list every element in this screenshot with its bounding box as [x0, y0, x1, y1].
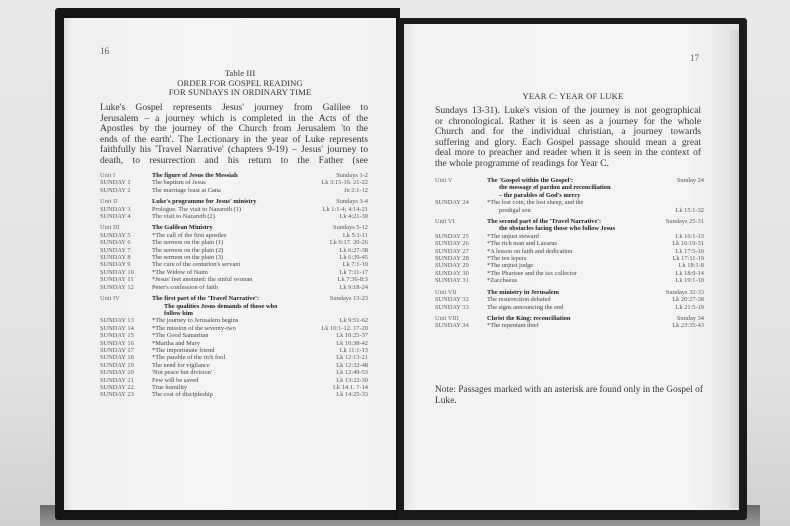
table-row: SUNDAY 23The cost of discipleshipLk 14:2…	[100, 391, 368, 398]
sunday-label: SUNDAY 33	[435, 304, 487, 311]
table-row: SUNDAY 9The cure of the centurion's serv…	[100, 261, 368, 268]
reading-title: The baptism of Jesus	[152, 179, 296, 186]
sunday-label: SUNDAY 34	[435, 322, 487, 329]
page-number-right: 17	[690, 53, 699, 63]
sunday-label: SUNDAY 8	[100, 254, 152, 261]
unit-header: Unit VThe 'Gospel within the Gospel':Sun…	[435, 177, 704, 184]
scripture-ref: Lk 5:1-11	[296, 232, 368, 239]
sunday-label: SUNDAY 31	[435, 277, 487, 284]
scripture-ref: Lk 13:22-30	[296, 377, 368, 384]
table-row: SUNDAY 13*The journey to Jerusalem begin…	[100, 317, 368, 324]
unit-block: Unit IThe figure of Jesus the MessiahSun…	[100, 172, 368, 194]
table-row: SUNDAY 15*The Good SamaritanLk 10:25-37	[100, 332, 368, 339]
scripture-ref: Lk 9:51-62	[296, 317, 368, 324]
unit-block: Unit VIIIChrist the King: reconciliation…	[435, 315, 704, 330]
table-row: SUNDAY 21Few will be savedLk 13:22-30	[100, 377, 368, 384]
unit-number: Unit VI	[435, 218, 487, 225]
reading-title: *The mission of the seventy-two	[152, 325, 296, 332]
unit-block: Unit IVThe first part of the 'Travel Nar…	[100, 295, 368, 399]
intro-paragraph-left: Luke's Gospel represents Jesus' journey …	[100, 103, 368, 167]
unit-number: Unit III	[100, 224, 152, 231]
reading-title: The signs announcing the end	[487, 304, 634, 311]
reading-title: *The ten lepers	[487, 255, 634, 262]
sunday-label: SUNDAY 7	[100, 247, 152, 254]
sunday-label: SUNDAY 16	[100, 340, 152, 347]
unit-title: Christ the King: reconciliation	[487, 315, 634, 322]
table-row-cont: prodigal sonLk 15:1-32	[435, 207, 704, 214]
unit-subtitle: The qualities Jesus demands of those who	[152, 303, 296, 310]
sunday-label: SUNDAY 22	[100, 384, 152, 391]
unit-number: Unit V	[435, 177, 487, 184]
reading-title: *The repentant thief	[487, 322, 634, 329]
sunday-label: SUNDAY 10	[100, 269, 152, 276]
unit-subtitle: follow him	[152, 310, 296, 317]
intro-line: Sundays 13-31). Luke's vision of the jou…	[435, 106, 701, 117]
sunday-label: SUNDAY 1	[100, 179, 152, 186]
table-row: SUNDAY 25*The unjust stewardLk 16:1-13	[435, 233, 704, 240]
reading-title: The cure of the centurion's servant	[152, 261, 296, 268]
unit-title: Luke's programme for Jesus' ministry	[152, 198, 296, 205]
unit-range: Sundays 3-4	[296, 198, 368, 205]
scripture-ref: Lk 12:49-53	[296, 369, 368, 376]
sunday-label: SUNDAY 9	[100, 261, 152, 268]
unit-number: Unit I	[100, 172, 152, 179]
scripture-ref: Lk 23:35-43	[634, 322, 704, 329]
table-row: SUNDAY 16*Martha and MaryLk 10:38-42	[100, 340, 368, 347]
reading-title: *Martha and Mary	[152, 340, 296, 347]
sunday-label: SUNDAY 4	[100, 213, 152, 220]
unit-header: Unit VIIIChrist the King: reconciliation…	[435, 315, 704, 322]
reading-title: 'Not peace but division'	[152, 369, 296, 376]
table-row: SUNDAY 6The sermon on the plain (1)Lk 6:…	[100, 239, 368, 246]
sunday-label: SUNDAY 20	[100, 369, 152, 376]
table-row: SUNDAY 22True humilityLk 14:1. 7-14	[100, 384, 368, 391]
reading-title: *Zacchaeus	[487, 277, 634, 284]
unit-header: Unit IVThe first part of the 'Travel Nar…	[100, 295, 368, 302]
reading-title: Prologue. The visit to Nazareth (1)	[152, 206, 296, 213]
scripture-ref: Lk 3:15-16. 21-22	[296, 179, 368, 186]
scripture-ref: Lk 6:27-38	[296, 247, 368, 254]
scripture-ref: Lk 12:13-21	[296, 354, 368, 361]
sunday-label: SUNDAY 19	[100, 362, 152, 369]
unit-block: Unit VIIThe ministry in JerusalemSundays…	[435, 289, 704, 311]
unit-block: Unit IIIThe Galilean MinistrySundays 5-1…	[100, 224, 368, 291]
sunday-label: SUNDAY 15	[100, 332, 152, 339]
reading-title: Few will be saved	[152, 377, 296, 384]
unit-block: Unit IILuke's programme for Jesus' minis…	[100, 198, 368, 220]
table-row: SUNDAY 14*The mission of the seventy-two…	[100, 325, 368, 332]
unit-range: Sundays 25-31	[634, 218, 704, 225]
reading-title: *The lost coin, the lost sheep, and the	[487, 199, 634, 206]
scripture-ref: Lk 6:39-45	[296, 254, 368, 261]
page-edges	[729, 30, 739, 508]
scripture-ref: Lk 7:36-8:3	[296, 276, 368, 283]
table-title-block: Table III ORDER FOR GOSPEL READING FOR S…	[90, 69, 390, 98]
sunday-label: SUNDAY 24	[435, 199, 487, 206]
unit-subtitle-row: the message of pardon and reconciliation	[435, 184, 704, 191]
reading-title-cont: prodigal son	[487, 207, 634, 214]
unit-range: Sunday 24	[634, 177, 704, 184]
page-number-left: 16	[100, 46, 109, 56]
scripture-ref: Lk 19:1-10	[634, 277, 704, 284]
scripture-ref: Lk 7:1-10	[296, 261, 368, 268]
unit-title: The Galilean Ministry	[152, 224, 296, 231]
sunday-label: SUNDAY 13	[100, 317, 152, 324]
scripture-ref: Lk 6:17. 20-26	[296, 239, 368, 246]
sunday-label: SUNDAY 30	[435, 270, 487, 277]
reading-title: The need for vigilance	[152, 362, 296, 369]
unit-subtitle: the obstacles facing those who follow Je…	[487, 225, 634, 232]
scripture-ref: Lk 18:9-14	[634, 270, 704, 277]
table-row: SUNDAY 29*The unjust judgeLk 18:1-8	[435, 262, 704, 269]
sunday-label: SUNDAY 27	[435, 248, 487, 255]
table-row: SUNDAY 4The visit to Nazareth (2)Lk 4:21…	[100, 213, 368, 220]
scripture-ref: Lk 16:19-31	[634, 240, 704, 247]
unit-title: The second part of the 'Travel Narrative…	[487, 218, 634, 225]
unit-title: The figure of Jesus the Messiah	[152, 172, 296, 179]
intro-line: the whole programme of readings for Year…	[435, 159, 701, 170]
sunday-label: SUNDAY 11	[100, 276, 152, 283]
unit-subtitle: – the parables of God's mercy	[487, 192, 634, 199]
reading-title: The marriage feast at Cana	[152, 187, 296, 194]
sunday-label: SUNDAY 18	[100, 354, 152, 361]
reading-title: *The rich man and Lazarus	[487, 240, 634, 247]
unit-header: Unit IThe figure of Jesus the MessiahSun…	[100, 172, 368, 179]
unit-header: Unit IIIThe Galilean MinistrySundays 5-1…	[100, 224, 368, 231]
reading-title: *The unjust judge	[487, 262, 634, 269]
reading-title: The visit to Nazareth (2)	[152, 213, 296, 220]
table-row: SUNDAY 20'Not peace but division'Lk 12:4…	[100, 369, 368, 376]
table-row: SUNDAY 32The resurrection debatedLk 20:2…	[435, 296, 704, 303]
unit-number: Unit II	[100, 198, 152, 205]
unit-header: Unit IILuke's programme for Jesus' minis…	[100, 198, 368, 205]
table-row: SUNDAY 33The signs announcing the endLk …	[435, 304, 704, 311]
table-row: SUNDAY 24*The lost coin, the lost sheep,…	[435, 199, 704, 206]
unit-subtitle-row: the obstacles facing those who follow Je…	[435, 225, 704, 232]
table-row: SUNDAY 18*The parable of the rich foolLk…	[100, 354, 368, 361]
scripture-ref: Lk 18:1-8	[634, 262, 704, 269]
intro-line: death, to resurrection and his return to…	[100, 156, 368, 167]
sunday-label: SUNDAY 12	[100, 284, 152, 291]
table-row: SUNDAY 5*The call of the first apostlesL…	[100, 232, 368, 239]
reading-title: The sermon on the plain (2)	[152, 247, 296, 254]
sunday-label: SUNDAY 21	[100, 377, 152, 384]
scripture-ref: Lk 14:1. 7-14	[296, 384, 368, 391]
sunday-label: SUNDAY 28	[435, 255, 487, 262]
reading-title: *The Good Samaritan	[152, 332, 296, 339]
scripture-ref: Lk 1:1-4; 4:14-21	[296, 206, 368, 213]
table-row: SUNDAY 2The marriage feast at CanaJn 2:1…	[100, 187, 368, 194]
unit-block: Unit VThe 'Gospel within the Gospel':Sun…	[435, 177, 704, 214]
scripture-ref: Lk 15:1-32	[634, 207, 704, 214]
reading-title: *The Pharisee and the tax collector	[487, 270, 634, 277]
table-row: SUNDAY 12Peter's confession of faithLk 9…	[100, 284, 368, 291]
table-row: SUNDAY 17*The importunate friendLk 11:1-…	[100, 347, 368, 354]
section-title: YEAR C: YEAR OF LUKE	[425, 91, 721, 101]
table-row: SUNDAY 11*Jesus' feet anointed: the sinf…	[100, 276, 368, 283]
scripture-ref: Lk 14:25-33	[296, 391, 368, 398]
reading-title: The sermon on the plain (1)	[152, 239, 296, 246]
scripture-ref: Lk 10:25-37	[296, 332, 368, 339]
reading-table-left: Unit IThe figure of Jesus the MessiahSun…	[100, 172, 368, 403]
reading-title: The sermon on the plain (3)	[152, 254, 296, 261]
sunday-label: SUNDAY 23	[100, 391, 152, 398]
sunday-label: SUNDAY 6	[100, 239, 152, 246]
unit-title: The first part of the 'Travel Narrative'…	[152, 295, 296, 302]
scripture-ref: Lk 4:21-30	[296, 213, 368, 220]
reading-title: *The journey to Jerusalem begins	[152, 317, 296, 324]
unit-range: Sundays 13-23	[296, 295, 368, 302]
unit-range: Sunday 34	[634, 315, 704, 322]
unit-header: Unit VIIThe ministry in JerusalemSundays…	[435, 289, 704, 296]
reading-title: Peter's confession of faith	[152, 284, 296, 291]
scripture-ref: Lk 10:1-12. 17-20	[296, 325, 368, 332]
sunday-label: SUNDAY 25	[435, 233, 487, 240]
reading-title: *The importunate friend	[152, 347, 296, 354]
unit-number: Unit VIII	[435, 315, 487, 322]
unit-subtitle-row: – the parables of God's mercy	[435, 192, 704, 199]
sunday-label: SUNDAY 17	[100, 347, 152, 354]
sunday-label: SUNDAY 26	[435, 240, 487, 247]
table-row: SUNDAY 1The baptism of JesusLk 3:15-16. …	[100, 179, 368, 186]
sunday-label: SUNDAY 29	[435, 262, 487, 269]
unit-subtitle: the message of pardon and reconciliation	[487, 184, 634, 191]
scripture-ref: Lk 21:5-19	[634, 304, 704, 311]
scripture-ref: Lk 20:27-38	[634, 296, 704, 303]
scripture-ref: Jn 2:1-12	[296, 187, 368, 194]
sunday-label: SUNDAY 32	[435, 296, 487, 303]
reading-title: *The unjust steward	[487, 233, 634, 240]
unit-number: Unit VII	[435, 289, 487, 296]
unit-block: Unit VIThe second part of the 'Travel Na…	[435, 218, 704, 285]
reading-title: The cost of discipleship	[152, 391, 296, 398]
table-row: SUNDAY 34*The repentant thiefLk 23:35-43	[435, 322, 704, 329]
reading-title: True humility	[152, 384, 296, 391]
unit-title: The ministry in Jerusalem	[487, 289, 634, 296]
table-title-line2: FOR SUNDAYS IN ORDINARY TIME	[90, 88, 390, 98]
unit-subtitle-row: follow him	[100, 310, 368, 317]
unit-header: Unit VIThe second part of the 'Travel Na…	[435, 218, 704, 225]
unit-range: Sundays 5-12	[296, 224, 368, 231]
table-row: SUNDAY 28*The ten lepersLk 17:11-19	[435, 255, 704, 262]
scripture-ref: Lk 16:1-13	[634, 233, 704, 240]
table-row: SUNDAY 27*A lesson on faith and dedicati…	[435, 248, 704, 255]
scripture-ref: Lk 12:32-48	[296, 362, 368, 369]
sunday-label: SUNDAY 2	[100, 187, 152, 194]
sunday-label: SUNDAY 3	[100, 206, 152, 213]
scripture-ref: Lk 11:1-13	[296, 347, 368, 354]
table-row: SUNDAY 26*The rich man and LazarusLk 16:…	[435, 240, 704, 247]
table-row: SUNDAY 10*The Widow of NaimLk 7:11-17	[100, 269, 368, 276]
unit-range: Sundays 32-33	[634, 289, 704, 296]
scripture-ref: Lk 17:11-19	[634, 255, 704, 262]
reading-title: *Jesus' feet anointed: the sinful woman	[152, 276, 296, 283]
unit-range: Sundays 1-2	[296, 172, 368, 179]
table-row: SUNDAY 19The need for vigilanceLk 12:32-…	[100, 362, 368, 369]
reading-title: The resurrection debated	[487, 296, 634, 303]
reading-title: *The parable of the rich fool	[152, 354, 296, 361]
asterisk-note: Note: Passages marked with an asterisk a…	[435, 385, 703, 406]
reading-title: *The call of the first apostles	[152, 232, 296, 239]
table-row: SUNDAY 30*The Pharisee and the tax colle…	[435, 270, 704, 277]
table-row: SUNDAY 31*ZacchaeusLk 19:1-10	[435, 277, 704, 284]
unit-number: Unit IV	[100, 295, 152, 302]
scripture-ref: Lk 9:18-24	[296, 284, 368, 291]
scripture-ref: Lk 7:11-17	[296, 269, 368, 276]
unit-title: The 'Gospel within the Gospel':	[487, 177, 634, 184]
reading-title: *The Widow of Naim	[152, 269, 296, 276]
scripture-ref: Lk 10:38-42	[296, 340, 368, 347]
table-row: SUNDAY 3Prologue. The visit to Nazareth …	[100, 206, 368, 213]
intro-line: Luke's Gospel represents Jesus' journey …	[100, 103, 368, 114]
reading-title: *A lesson on faith and dedication	[487, 248, 634, 255]
table-row: SUNDAY 8The sermon on the plain (3)Lk 6:…	[100, 254, 368, 261]
unit-subtitle-row: The qualities Jesus demands of those who	[100, 303, 368, 310]
scripture-ref: Lk 17:5-10	[634, 248, 704, 255]
intro-paragraph-right: Sundays 13-31). Luke's vision of the jou…	[435, 106, 701, 170]
table-row: SUNDAY 7The sermon on the plain (2)Lk 6:…	[100, 247, 368, 254]
sunday-label: SUNDAY 14	[100, 325, 152, 332]
reading-table-right: Unit VThe 'Gospel within the Gospel':Sun…	[435, 177, 704, 334]
sunday-label: SUNDAY 5	[100, 232, 152, 239]
